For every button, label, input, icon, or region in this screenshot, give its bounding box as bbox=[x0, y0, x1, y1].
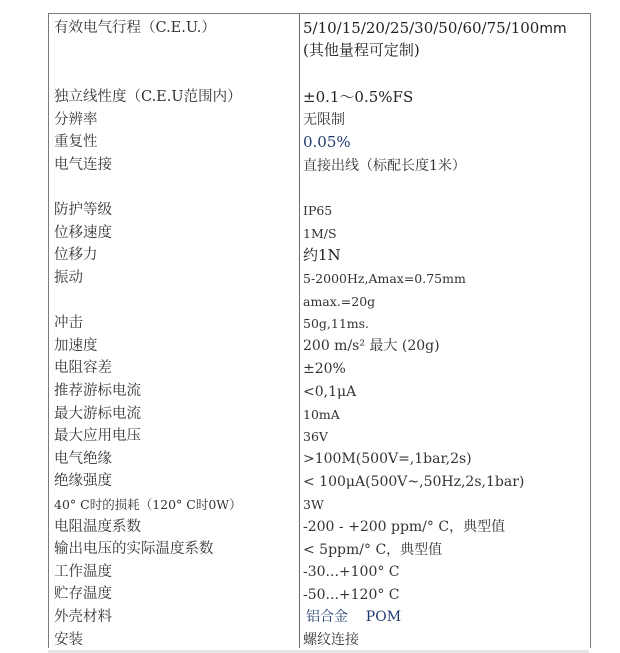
spec-label: 有效电气行程（C.E.U.） bbox=[49, 14, 300, 37]
unit-suffix: mm bbox=[539, 21, 566, 37]
spec-value: 约1N bbox=[300, 241, 590, 264]
spec-row-max-voltage: 最大应用电压 36V bbox=[49, 422, 590, 445]
spec-value: 直接出线（标配长度1米） bbox=[300, 151, 590, 174]
spec-label: 电气连接 bbox=[49, 151, 300, 174]
spec-value: -30...+100° C bbox=[300, 558, 590, 581]
spec-label: 最大应用电压 bbox=[49, 422, 300, 445]
spec-row-insulation: 电气绝缘 >100M(500V=,1bar,2s) bbox=[49, 445, 590, 468]
travel-values: 5/10/15/20/25/30/50/60/75/100 bbox=[303, 19, 539, 37]
spec-row-mounting: 安装 螺纹连接 bbox=[49, 625, 590, 648]
spec-value: 50g,11ms. bbox=[300, 309, 590, 332]
spec-label: 振动 bbox=[49, 264, 300, 287]
spec-label: 防护等级 bbox=[49, 196, 300, 219]
spec-row-vibration: 振动 5-2000Hz,Amax=0.75mm bbox=[49, 264, 590, 287]
spec-row-storage-temp: 贮存温度 -50...+120° C bbox=[49, 580, 590, 603]
spec-row-max-wiper-current: 最大游标电流 10mA bbox=[49, 400, 590, 423]
spec-row-dielectric-strength: 绝缘强度 < 100μA(500V~,50Hz,2s,1bar) bbox=[49, 467, 590, 490]
spec-label: 绝缘强度 bbox=[49, 467, 300, 490]
spec-row-protection: 防护等级 IP65 bbox=[49, 196, 590, 219]
spec-row-force: 位移力 约1N bbox=[49, 241, 590, 264]
spec-label: 工作温度 bbox=[49, 558, 300, 581]
spec-value: 3W bbox=[300, 490, 590, 513]
spec-label bbox=[49, 37, 300, 60]
spec-value: ±20% bbox=[300, 354, 590, 377]
spec-value: <0,1μA bbox=[300, 377, 590, 400]
spec-label bbox=[49, 174, 300, 197]
spec-row-resistance-tolerance: 电阻容差 ±20% bbox=[49, 354, 590, 377]
spec-value bbox=[300, 59, 590, 82]
spec-label: 最大游标电流 bbox=[49, 400, 300, 423]
spec-row-blank bbox=[49, 59, 590, 82]
spec-row-power-dissipation: 40° C时的损耗（120° C时0W） 3W bbox=[49, 490, 590, 513]
spec-value: 无限制 bbox=[300, 106, 590, 129]
spec-label: 推荐游标电流 bbox=[49, 377, 300, 400]
spec-row-housing-material: 外壳材料 铝合金 POM bbox=[49, 603, 590, 626]
spec-row-operating-temp: 工作温度 -30...+100° C bbox=[49, 558, 590, 581]
spec-row-shock: 冲击 50g,11ms. bbox=[49, 309, 590, 332]
spec-row-resolution: 分辨率 无限制 bbox=[49, 106, 590, 129]
spec-label: 分辨率 bbox=[49, 106, 300, 129]
spec-row-output-tempco: 输出电压的实际温度系数 < 5ppm/° C，典型值 bbox=[49, 535, 590, 558]
spec-value: amax.=20g bbox=[300, 287, 590, 310]
spec-row-blank bbox=[49, 174, 590, 197]
spec-value bbox=[300, 174, 590, 197]
spec-row-repeatability: 重复性 0.05% bbox=[49, 128, 590, 151]
spec-value: < 100μA(500V~,50Hz,2s,1bar) bbox=[300, 467, 590, 490]
spec-row-electrical-connection: 电气连接 直接出线（标配长度1米） bbox=[49, 151, 590, 174]
spec-label: 40° C时的损耗（120° C时0W） bbox=[49, 490, 300, 513]
spec-value: 螺纹连接 bbox=[300, 625, 590, 648]
spec-label: 贮存温度 bbox=[49, 580, 300, 603]
spec-label: 位移速度 bbox=[49, 219, 300, 242]
spec-label: 安装 bbox=[49, 625, 300, 648]
spec-row-acceleration: 加速度 200 m/s² 最大 (20g) bbox=[49, 332, 590, 355]
spec-value: 5-2000Hz,Amax=0.75mm bbox=[300, 264, 590, 287]
spec-label: 重复性 bbox=[49, 128, 300, 151]
spec-value: (其他量程可定制) bbox=[300, 37, 590, 60]
spec-value: IP65 bbox=[300, 196, 590, 219]
spec-label: 冲击 bbox=[49, 309, 300, 332]
spec-row-linearity: 独立线性度（C.E.U范围内） ±0.1～0.5%FS bbox=[49, 82, 590, 106]
spec-value: 10mA bbox=[300, 400, 590, 423]
spec-value: >100M(500V=,1bar,2s) bbox=[300, 445, 590, 468]
spec-label: 电阻温度系数 bbox=[49, 512, 300, 535]
spec-value: 铝合金 POM bbox=[300, 603, 590, 626]
spec-label: 独立线性度（C.E.U范围内） bbox=[49, 82, 300, 106]
spec-value: -200 - +200 ppm/° C，典型值 bbox=[300, 512, 590, 535]
spec-value: 1M/S bbox=[300, 219, 590, 242]
spec-value: 0.05% bbox=[300, 128, 590, 151]
spec-value: 5/10/15/20/25/30/50/60/75/100mm bbox=[300, 14, 590, 37]
spec-value: ±0.1～0.5%FS bbox=[300, 82, 590, 106]
spec-table: 有效电气行程（C.E.U.） 5/10/15/20/25/30/50/60/75… bbox=[48, 13, 591, 648]
spec-row-vibration-2: amax.=20g bbox=[49, 287, 590, 310]
spec-row-travel: 有效电气行程（C.E.U.） 5/10/15/20/25/30/50/60/75… bbox=[49, 14, 590, 37]
spec-label: 外壳材料 bbox=[49, 603, 300, 626]
spec-label: 电阻容差 bbox=[49, 354, 300, 377]
spec-value: 200 m/s² 最大 (20g) bbox=[300, 332, 590, 355]
spec-row-speed: 位移速度 1M/S bbox=[49, 219, 590, 242]
spec-row-resistance-tempco: 电阻温度系数 -200 - +200 ppm/° C，典型值 bbox=[49, 512, 590, 535]
spec-row-recommended-wiper-current: 推荐游标电流 <0,1μA bbox=[49, 377, 590, 400]
spec-value: 36V bbox=[300, 422, 590, 445]
spec-label: 位移力 bbox=[49, 241, 300, 264]
spec-value: < 5ppm/° C，典型值 bbox=[300, 535, 590, 558]
spec-row-travel-note: (其他量程可定制) bbox=[49, 37, 590, 60]
spec-label bbox=[49, 287, 300, 310]
spec-value: -50...+120° C bbox=[300, 580, 590, 603]
spec-label: 加速度 bbox=[49, 332, 300, 355]
spec-label: 输出电压的实际温度系数 bbox=[49, 535, 300, 558]
spec-label: 电气绝缘 bbox=[49, 445, 300, 468]
spec-label bbox=[49, 59, 300, 82]
